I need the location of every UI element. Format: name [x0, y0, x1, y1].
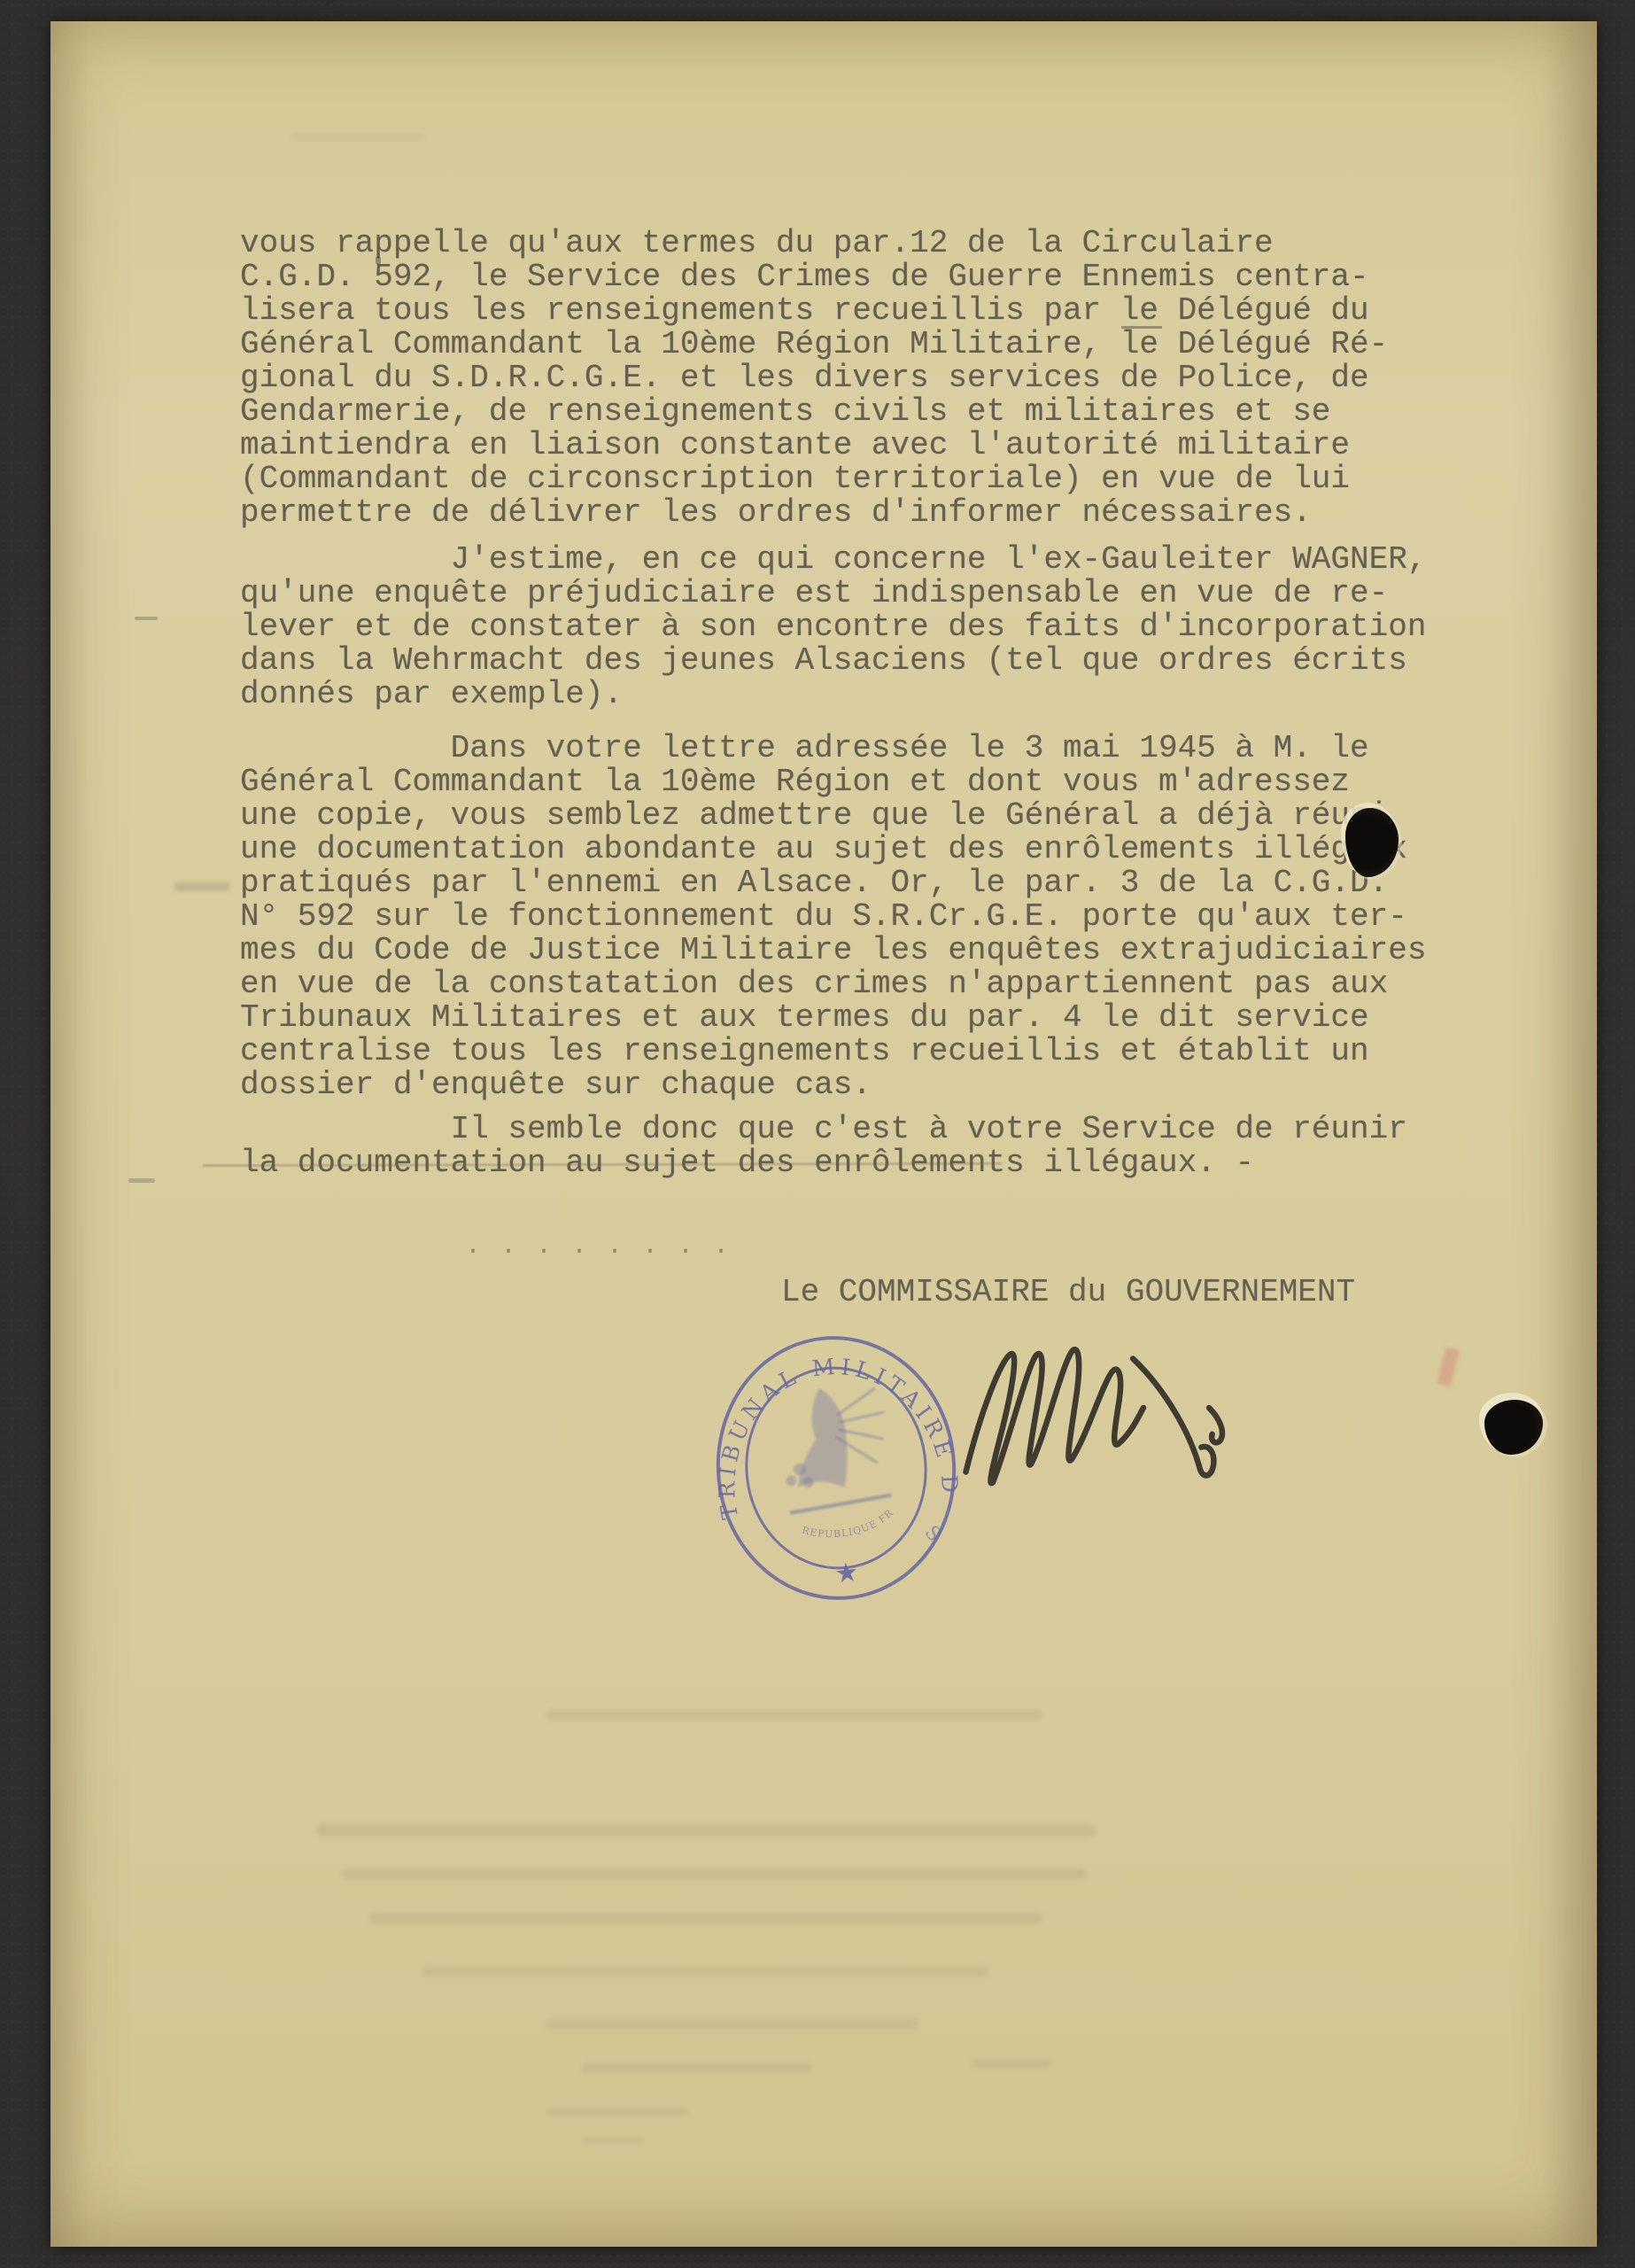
text-line: gional du S.D.R.C.G.E. et les divers ser…	[240, 361, 1388, 395]
bleedthrough-line	[316, 1824, 1096, 1837]
bleedthrough-mark	[582, 2137, 644, 2144]
text-line: C.G.D. 592, le Service des Crimes de Gue…	[240, 260, 1388, 294]
bleedthrough-line	[546, 1709, 1042, 1720]
ellipsis-dots-row: · · · · · · · ·	[465, 1237, 731, 1267]
signature-stroke-main	[960, 1346, 1147, 1484]
margin-dash	[135, 617, 158, 620]
text-line: pratiqués par l'ennemi en Alsace. Or, le…	[240, 866, 1426, 900]
signature-stroke-tail	[1133, 1355, 1214, 1479]
ink-speck	[376, 256, 381, 265]
text-line: en vue de la constatation des crimes n'a…	[240, 967, 1426, 1001]
text-line: vous rappelle qu'aux termes du par.12 de…	[240, 227, 1388, 260]
text-line: N° 592 sur le fonctionnement du S.R.Cr.G…	[240, 900, 1426, 934]
text-line: une copie, vous semblez admettre que le …	[240, 799, 1426, 833]
text-line: Général Commandant la 10ème Région Milit…	[240, 328, 1388, 361]
paragraph-3: Dans votre lettre adressée le 3 mai 1945…	[240, 732, 1426, 1102]
bleedthrough-line	[582, 2063, 812, 2073]
text-line: Gendarmerie, de renseignements civils et…	[240, 395, 1388, 429]
text-line: donnés par exemple).	[240, 678, 1426, 711]
text-line: qu'une enquête préjudiciaire est indispe…	[240, 577, 1426, 610]
document-page: vous rappelle qu'aux termes du par.12 de…	[50, 21, 1597, 2247]
bleedthrough-line	[546, 2019, 918, 2030]
text-line: une documentation abondante au sujet des…	[240, 833, 1426, 866]
stamp-figure	[788, 1386, 852, 1493]
stamp-baseline	[789, 1495, 892, 1513]
faint-top-marks	[291, 135, 424, 140]
text-line: dossier d'enquête sur chaque cas.	[240, 1068, 1426, 1102]
text-line: J'estime, en ce qui concerne l'ex-Gaulei…	[240, 543, 1426, 577]
text-line: Tribunaux Militaires et aux termes du pa…	[240, 1001, 1426, 1035]
text-line: lever et de constater à son encontre des…	[240, 610, 1426, 644]
hole-punch-lower	[1484, 1400, 1543, 1455]
paragraph-1: vous rappelle qu'aux termes du par.12 de…	[240, 227, 1388, 530]
bleedthrough-line	[369, 1913, 1042, 1924]
text-line: (Commandant de circonscription territori…	[240, 462, 1388, 496]
bleedthrough-line	[343, 1868, 1087, 1880]
red-smudge-mark	[1437, 1348, 1460, 1387]
margin-scribble	[174, 882, 229, 891]
text-line: Général Commandant la 10ème Région et do…	[240, 765, 1426, 799]
text-line: mes du Code de Justice Militaire les enq…	[240, 934, 1426, 967]
text-line: centralise tous les renseignements recue…	[240, 1035, 1426, 1068]
stamp-star-icon: ★	[833, 1557, 860, 1590]
closing-title: Le COMMISSAIRE du GOUVERNEMENT	[781, 1274, 1355, 1310]
signature-stroke-hook	[1209, 1407, 1222, 1442]
text-line: Dans votre lettre adressée le 3 mai 1945…	[240, 732, 1426, 765]
text-line: maintiendra en liaison constante avec l'…	[240, 429, 1388, 462]
margin-dash	[128, 1178, 155, 1183]
text-line: permettre de délivrer les ordres d'infor…	[240, 496, 1388, 530]
typed-underline-mark	[1121, 326, 1162, 329]
text-line: dans la Wehrmacht des jeunes Alsaciens (…	[240, 644, 1426, 678]
stamp-emblem	[777, 1382, 895, 1513]
paragraph-2: J'estime, en ce qui concerne l'ex-Gaulei…	[240, 543, 1426, 711]
bleedthrough-line	[422, 1966, 989, 1977]
text-line: Il semble donc que c'est à votre Service…	[240, 1113, 1407, 1146]
bleedthrough-mark	[972, 2059, 1051, 2068]
bleedthrough-line	[546, 2108, 688, 2117]
signature-ink	[909, 1299, 1273, 1521]
text-line: lisera tous les renseignements recueilli…	[240, 294, 1388, 328]
paragraph-4: Il semble donc que c'est à votre Service…	[240, 1113, 1407, 1180]
